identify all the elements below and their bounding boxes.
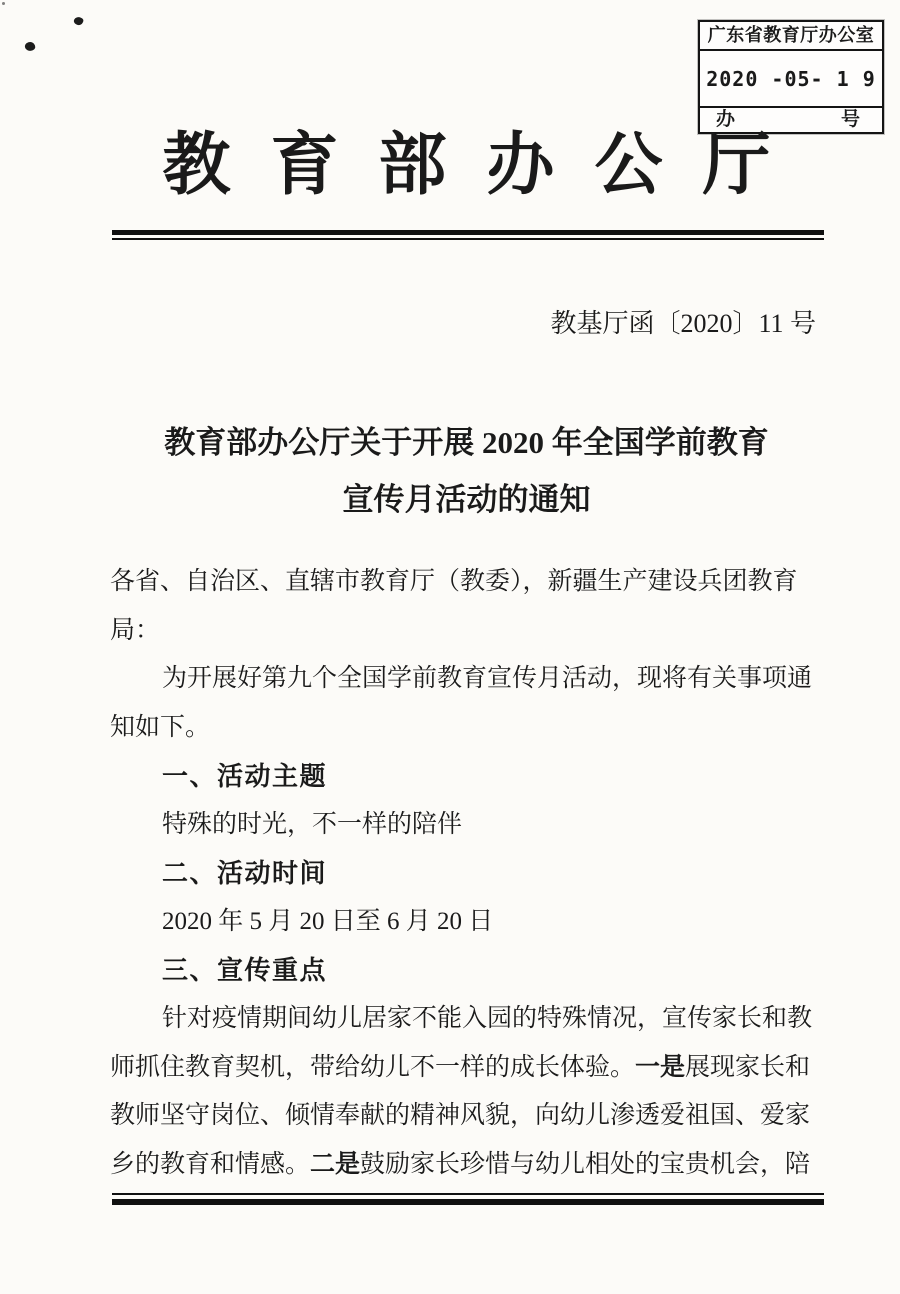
body-text-segment: 为开展好第九个全国学前教育宣传月活动，现将有关事项通 <box>162 665 812 692</box>
scan-speck <box>24 41 36 53</box>
rule-thick <box>112 1199 824 1205</box>
body-text-segment: 知如下。 <box>110 714 210 741</box>
document-body: 各省、自治区、直辖市教育厅（教委），新疆生产建设兵团教育局：为开展好第九个全国学… <box>110 558 823 1189</box>
issuer-masthead: 教育部办公厅 <box>110 126 823 204</box>
body-line: 2020 年 5 月 20 日至 6 月 20 日 <box>110 898 823 947</box>
document-title-line2: 宣传月活动的通知 <box>110 471 823 528</box>
footer-double-rule <box>112 1193 824 1205</box>
body-text-segment: 针对疫情期间幼儿居家不能入园的特殊情况，宣传家长和教 <box>162 1005 812 1032</box>
body-text-segment: 三、宣传重点 <box>162 955 327 985</box>
body-section-heading: 二、活动时间 <box>110 849 823 898</box>
document-title: 教育部办公厅关于开展 2020 年全国学前教育 宣传月活动的通知 <box>110 414 823 528</box>
document-title-line1: 教育部办公厅关于开展 2020 年全国学前教育 <box>110 414 823 471</box>
rule-thick <box>112 230 824 235</box>
body-text-segment: 二是 <box>310 1150 360 1178</box>
rule-thin <box>112 238 824 240</box>
body-text-segment: 二、活动时间 <box>162 858 327 888</box>
body-text-segment: 一、活动主题 <box>162 761 327 791</box>
body-line: 局： <box>110 607 823 656</box>
stamp-date: 2020 -05- 1 9 <box>700 51 882 106</box>
stamp-office-name: 广东省教育厅办公室 <box>700 22 882 51</box>
body-line: 为开展好第九个全国学前教育宣传月活动，现将有关事项通 <box>110 655 823 704</box>
receipt-stamp-box: 广东省教育厅办公室 2020 -05- 1 9 办 号 <box>698 20 884 134</box>
body-text-segment: 局： <box>110 617 160 644</box>
body-text-segment: 展现家长和 <box>685 1054 810 1081</box>
body-line: 教师坚守岗位、倾情奉献的精神风貌，向幼儿渗透爱祖国、爱家 <box>110 1092 823 1141</box>
masthead-double-rule <box>112 230 824 240</box>
body-text-segment: 各省、自治区、直辖市教育厅（教委），新疆生产建设兵团教育 <box>110 568 798 595</box>
body-text-segment: 乡的教育和情感。 <box>110 1151 310 1178</box>
body-text-segment: 师抓住教育契机，带给幼儿不一样的成长体验。 <box>110 1054 635 1081</box>
body-text-segment: 鼓励家长珍惜与幼儿相处的宝贵机会，陪 <box>360 1151 810 1178</box>
stamp-hao-label: 号 <box>841 108 860 132</box>
body-line: 各省、自治区、直辖市教育厅（教委），新疆生产建设兵团教育 <box>110 558 823 607</box>
body-line: 乡的教育和情感。二是鼓励家长珍惜与幼儿相处的宝贵机会，陪 <box>110 1140 823 1189</box>
document-number: 教基厅函〔2020〕11 号 <box>110 303 823 340</box>
scanned-document-page: 广东省教育厅办公室 2020 -05- 1 9 办 号 教育部办公厅 教基厅函〔… <box>0 0 900 1294</box>
rule-thin <box>112 1193 824 1195</box>
body-line: 针对疫情期间幼儿居家不能入园的特殊情况，宣传家长和教 <box>110 995 823 1044</box>
body-text-segment: 2020 年 5 月 20 日至 6 月 20 日 <box>162 908 493 935</box>
body-line: 知如下。 <box>110 704 823 753</box>
body-text-segment: 教师坚守岗位、倾情奉献的精神风貌，向幼儿渗透爱祖国、爱家 <box>110 1102 810 1129</box>
body-line: 特殊的时光，不一样的陪伴 <box>110 801 823 850</box>
body-text-segment: 一是 <box>635 1053 685 1081</box>
body-section-heading: 三、宣传重点 <box>110 946 823 995</box>
body-section-heading: 一、活动主题 <box>110 752 823 801</box>
body-line: 师抓住教育契机，带给幼儿不一样的成长体验。一是展现家长和 <box>110 1043 823 1092</box>
scan-speck <box>2 2 5 5</box>
scan-speck <box>73 15 85 26</box>
body-text-segment: 特殊的时光，不一样的陪伴 <box>162 811 462 838</box>
